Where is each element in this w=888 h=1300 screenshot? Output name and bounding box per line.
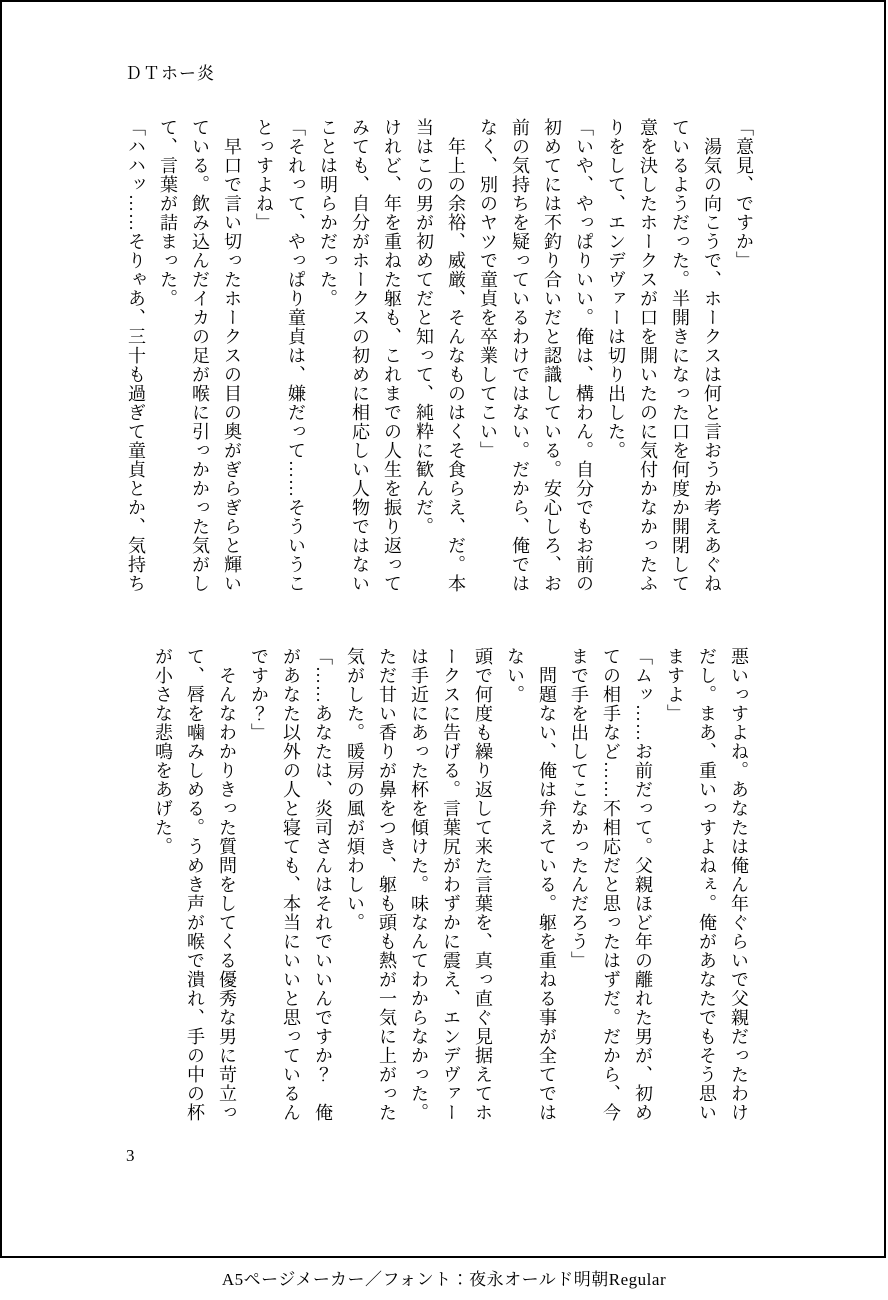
document-page: { "page": { "header_title": "ＤＴホー炎", "pa…: [0, 0, 888, 1300]
text-column: 前の気持ちを疑っているわけではない。だから、俺では: [504, 118, 536, 598]
text-column: ての相手など……不相応だと思ったはずだ。だから、今: [595, 647, 627, 1127]
running-header-title: ＤＴホー炎: [125, 59, 215, 84]
text-column: けれど、年を重ねた躯も、これまでの人生を振り返って: [376, 118, 408, 598]
text-column: 悪いっすよね。あなたは俺ん年ぐらいで父親だったわけ: [723, 647, 755, 1127]
text-column: なく、別のヤツで童貞を卒業してこい」: [472, 118, 504, 598]
text-column: 気がした。暖房の風が煩わしい。: [339, 647, 371, 1127]
text-column: 早口で言い切ったホークスの目の奥がぎらぎらと輝い: [216, 118, 248, 598]
text-column: 「……あなたは、炎司さんはそれでいいんですか？ 俺: [307, 647, 339, 1127]
text-column: 「ハハッ……そりゃあ、三十も過ぎて童貞とか、気持ち: [120, 118, 152, 598]
text-column: みても、自分がホークスの初めに相応しい人物ではない: [344, 118, 376, 598]
text-column: 当はこの男が初めてだと知って、純粋に歓んだ。: [408, 118, 440, 598]
page-number: 3: [126, 1146, 135, 1166]
text-column: 初めてには不釣り合いだと認識している。安心しろ、お: [536, 118, 568, 598]
text-column: ている。飲み込んだイカの足が喉に引っかかった気がし: [184, 118, 216, 598]
text-column: は手近にあった杯を傾けた。味なんてわからなかった。: [403, 647, 435, 1127]
footer-credit-text: A5ページメーカー／フォント：夜永オールド明朝Regular: [0, 1265, 888, 1290]
upper-vertical-text-block: 「意見、ですか」 湯気の向こうで、ホークスは何と言おうか考えあぐねているようだっ…: [120, 118, 760, 598]
text-column: ークスに告げる。言葉尻がわずかに震え、エンデヴァー: [435, 647, 467, 1127]
lower-vertical-text-block: 悪いっすよね。あなたは俺ん年ぐらいで父親だったわけだし。まあ、重いっすよねぇ。俺…: [147, 647, 755, 1127]
text-column: が小さな悲鳴をあげた。: [147, 647, 179, 1127]
text-column: 意を決したホークスが口を開いたのに気付かなかったふ: [632, 118, 664, 598]
text-column: そんなわかりきった質問をしてくる優秀な男に苛立っ: [211, 647, 243, 1127]
text-column: 年上の余裕、威厳、そんなものはくそ食らえ、だ。本: [440, 118, 472, 598]
text-column: ただ甘い香りが鼻をつき、躯も頭も熱が一気に上がった: [371, 647, 403, 1127]
text-column: だし。まあ、重いっすよねぇ。俺があなたでもそう思い: [691, 647, 723, 1127]
text-column: 問題ない、俺は弁えている。躯を重ねる事が全てでは: [531, 647, 563, 1127]
text-column: ますよ」: [659, 647, 691, 1127]
text-column: 「意見、ですか」: [728, 118, 760, 598]
text-column: て、唇を噛みしめる。うめき声が喉で潰れ、手の中の杯: [179, 647, 211, 1127]
text-column: て、言葉が詰まった。: [152, 118, 184, 598]
text-column: ているようだった。半開きになった口を何度か開閉して: [664, 118, 696, 598]
text-column: ですか？」: [243, 647, 275, 1127]
text-column: 「いや、やっぱりいい。俺は、構わん。自分でもお前の: [568, 118, 600, 598]
text-column: とっすよね」: [248, 118, 280, 598]
text-column: 湯気の向こうで、ホークスは何と言おうか考えあぐね: [696, 118, 728, 598]
text-column: まで手を出してこなかったんだろう」: [563, 647, 595, 1127]
text-column: ことは明らかだった。: [312, 118, 344, 598]
text-column: があなた以外の人と寝ても、本当にいいと思っているん: [275, 647, 307, 1127]
text-column: りをして、エンデヴァーは切り出した。: [600, 118, 632, 598]
text-column: 頭で何度も繰り返して来た言葉を、真っ直ぐ見据えてホ: [467, 647, 499, 1127]
text-column: 「ムッ……お前だって。父親ほど年の離れた男が、初め: [627, 647, 659, 1127]
text-column: ない。: [499, 647, 531, 1127]
page-border-frame: ＤＴホー炎 「意見、ですか」 湯気の向こうで、ホークスは何と言おうか考えあぐねて…: [0, 0, 886, 1258]
text-column: 「それって、やっぱり童貞は、嫌だって……そういうこ: [280, 118, 312, 598]
